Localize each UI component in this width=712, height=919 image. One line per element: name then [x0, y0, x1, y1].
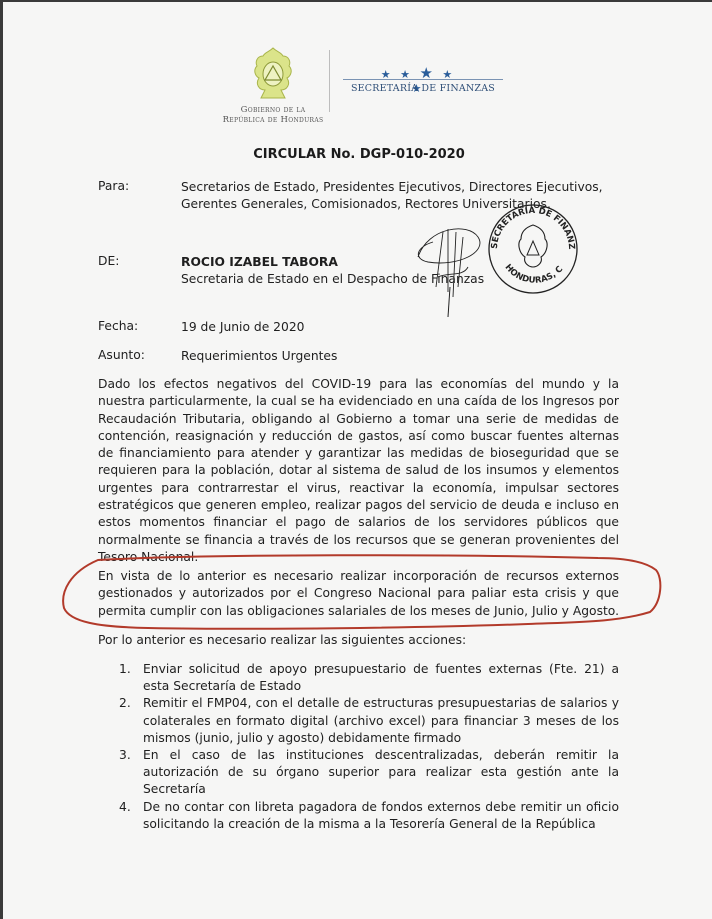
official-stamp-icon: SECRETARIA DE FINANZAS HONDURAS, C.A. [483, 197, 583, 297]
fecha-label: Fecha: [98, 319, 138, 333]
government-name: Gobierno de la República de Honduras [208, 105, 338, 125]
para-label: Para: [98, 179, 129, 193]
action-item: 1.Enviar solicitud de apoyo presupuestar… [119, 661, 619, 695]
document-page: Gobierno de la República de Honduras ★ ★… [3, 2, 712, 919]
sender-name: ROCIO IZABEL TABORA [181, 254, 338, 271]
honduras-coat-of-arms-icon [243, 46, 303, 102]
action-item: 2.Remitir el FMP04, con el detalle de es… [119, 695, 619, 747]
action-item: 3.En el caso de las instituciones descen… [119, 747, 619, 799]
signature-icon [408, 217, 498, 317]
action-text: Remitir el FMP04, con el detalle de estr… [143, 696, 619, 744]
paragraph-actions-intro: Por lo anterior es necesario realizar la… [98, 632, 619, 649]
action-text: De no contar con libreta pagadora de fon… [143, 800, 619, 831]
asunto-value: Requerimientos Urgentes [181, 348, 337, 365]
action-number: 1. [119, 661, 131, 678]
action-text: En el caso de las instituciones descentr… [143, 748, 619, 796]
action-item: 4.De no contar con libreta pagadora de f… [119, 799, 619, 833]
circular-title: CIRCULAR No. DGP-010-2020 [3, 147, 712, 162]
action-text: Enviar solicitud de apoyo presupuestario… [143, 662, 619, 693]
paragraph-context: Dado los efectos negativos del COVID-19 … [98, 376, 619, 566]
gov-line-1: Gobierno de la [208, 105, 338, 115]
ministry-rule [343, 79, 503, 80]
action-number: 2. [119, 695, 131, 712]
paragraph-highlighted: En vista de lo anterior es necesario rea… [98, 568, 619, 620]
fecha-value: 19 de Junio de 2020 [181, 319, 304, 336]
action-number: 3. [119, 747, 131, 764]
ministry-name: SECRETARÍA DE FINANZAS [343, 83, 503, 94]
gov-line-2: República de Honduras [208, 115, 338, 125]
logo-divider [329, 50, 330, 112]
asunto-label: Asunto: [98, 348, 145, 362]
action-number: 4. [119, 799, 131, 816]
para-value-line1: Secretarios de Estado, Presidentes Ejecu… [181, 179, 603, 196]
de-label: DE: [98, 254, 119, 268]
actions-list: 1.Enviar solicitud de apoyo presupuestar… [119, 661, 619, 833]
